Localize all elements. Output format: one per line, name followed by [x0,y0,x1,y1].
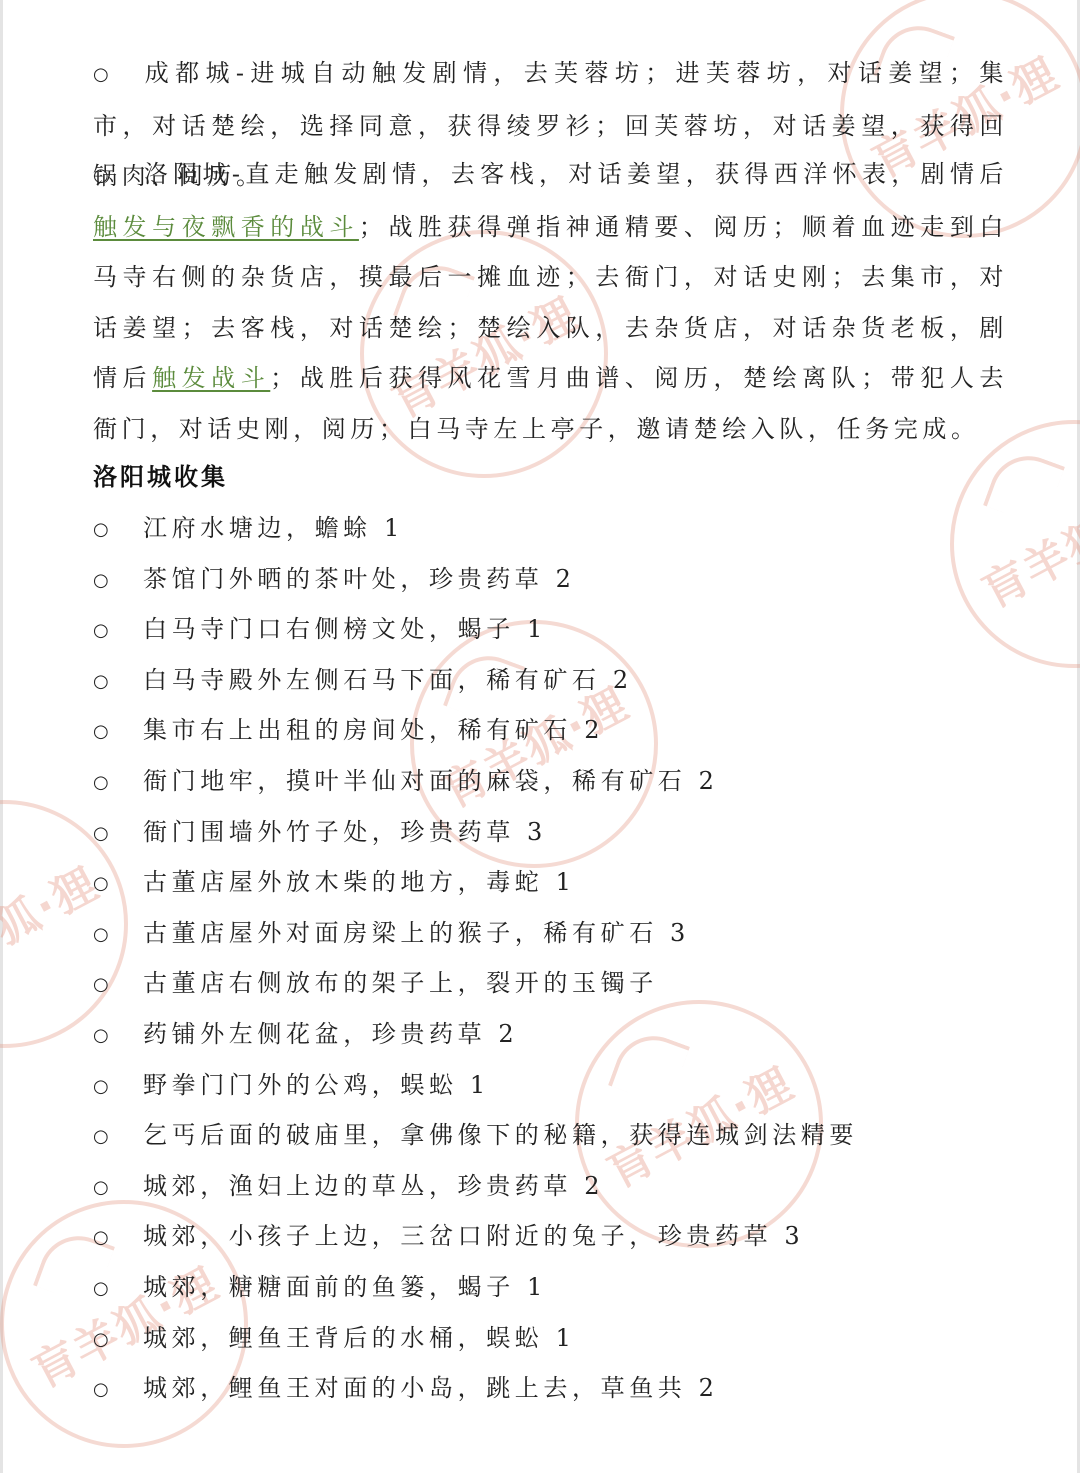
page-edge-left [0,0,3,1473]
fox-ear-icon [983,445,1065,527]
list-item: ○城郊，鲤鱼王背后的水桶，蜈蚣 1 [93,1313,858,1364]
hollow-bullet-icon: ○ [93,809,143,860]
watermark-stamp: 肓羊狐·狸 [950,420,1080,668]
hollow-bullet-icon: ○ [93,707,143,758]
hollow-bullet-icon: ○ [93,1011,143,1062]
hollow-bullet-icon: ○ [93,1365,143,1416]
hollow-bullet-icon: ○ [93,1264,143,1315]
hollow-bullet-icon: ○ [93,556,143,607]
list-item: ○城郊，小孩子上边，三岔口附近的兔子，珍贵药草 3 [93,1211,858,1262]
list-item: ○江府水塘边，蟾蜍 1 [93,503,858,554]
battle-link[interactable]: 触发战斗 [152,364,270,392]
list-item: ○古董店屋外放木柴的地方，毒蛇 1 [93,857,858,908]
list-item: ○集市右上出租的房间处，稀有矿石 2 [93,705,858,756]
hollow-bullet-icon: ○ [93,1163,143,1214]
hollow-bullet-icon: ○ [93,910,143,961]
section-heading: 洛阳城收集 [93,453,228,501]
list-item: ○药铺外左侧花盆，珍贵药草 2 [93,1009,858,1060]
list-item: ○城郊，糖糖面前的鱼篓，蝎子 1 [93,1262,858,1313]
list-item: ○茶馆门外晒的茶叶处，珍贵药草 2 [93,554,858,605]
hollow-bullet-icon: ○ [93,151,143,202]
collection-list: ○江府水塘边，蟾蜍 1 ○茶馆门外晒的茶叶处，珍贵药草 2 ○白马寺门口右侧榜文… [93,503,858,1414]
list-item: ○古董店屋外对面房梁上的猴子，稀有矿石 3 [93,908,858,959]
hollow-bullet-icon: ○ [93,606,143,657]
list-item: ○城郊，鲤鱼王对面的小岛，跳上去，草鱼共 2 [93,1363,858,1414]
hollow-bullet-icon: ○ [93,505,143,556]
hollow-bullet-icon: ○ [93,758,143,809]
quest-step: ○洛阳城-直走触发剧情，去客栈，对话姜望，获得西洋怀表，剧情后触发与夜飘香的战斗… [93,149,1008,455]
list-item: ○乞丐后面的破庙里，拿佛像下的秘籍，获得连城剑法精要 [93,1110,858,1161]
hollow-bullet-icon: ○ [93,1112,143,1163]
hollow-bullet-icon: ○ [93,657,143,708]
battle-link-yepiaoxiang[interactable]: 触发与夜飘香的战斗 [93,213,359,241]
hollow-bullet-icon: ○ [93,960,143,1011]
hollow-bullet-icon: ○ [93,1062,143,1113]
list-item: ○古董店右侧放布的架子上，裂开的玉镯子 [93,958,858,1009]
list-item: ○白马寺殿外左侧石马下面，稀有矿石 2 [93,655,858,706]
hollow-bullet-icon: ○ [93,50,143,101]
hollow-bullet-icon: ○ [93,1315,143,1366]
list-item: ○城郊，渔妇上边的草丛，珍贵药草 2 [93,1161,858,1212]
list-item: ○白马寺门口右侧榜文处，蝎子 1 [93,604,858,655]
list-item: ○衙门围墙外竹子处，珍贵药草 3 [93,807,858,858]
list-item: ○衙门地牢，摸叶半仙对面的麻袋，稀有矿石 2 [93,756,858,807]
list-item: ○野拳门门外的公鸡，蜈蚣 1 [93,1060,858,1111]
hollow-bullet-icon: ○ [93,1213,143,1264]
hollow-bullet-icon: ○ [93,859,143,910]
step-text: 洛阳城-直走触发剧情，去客栈，对话姜望，获得西洋怀表，剧情后 [143,160,1008,188]
